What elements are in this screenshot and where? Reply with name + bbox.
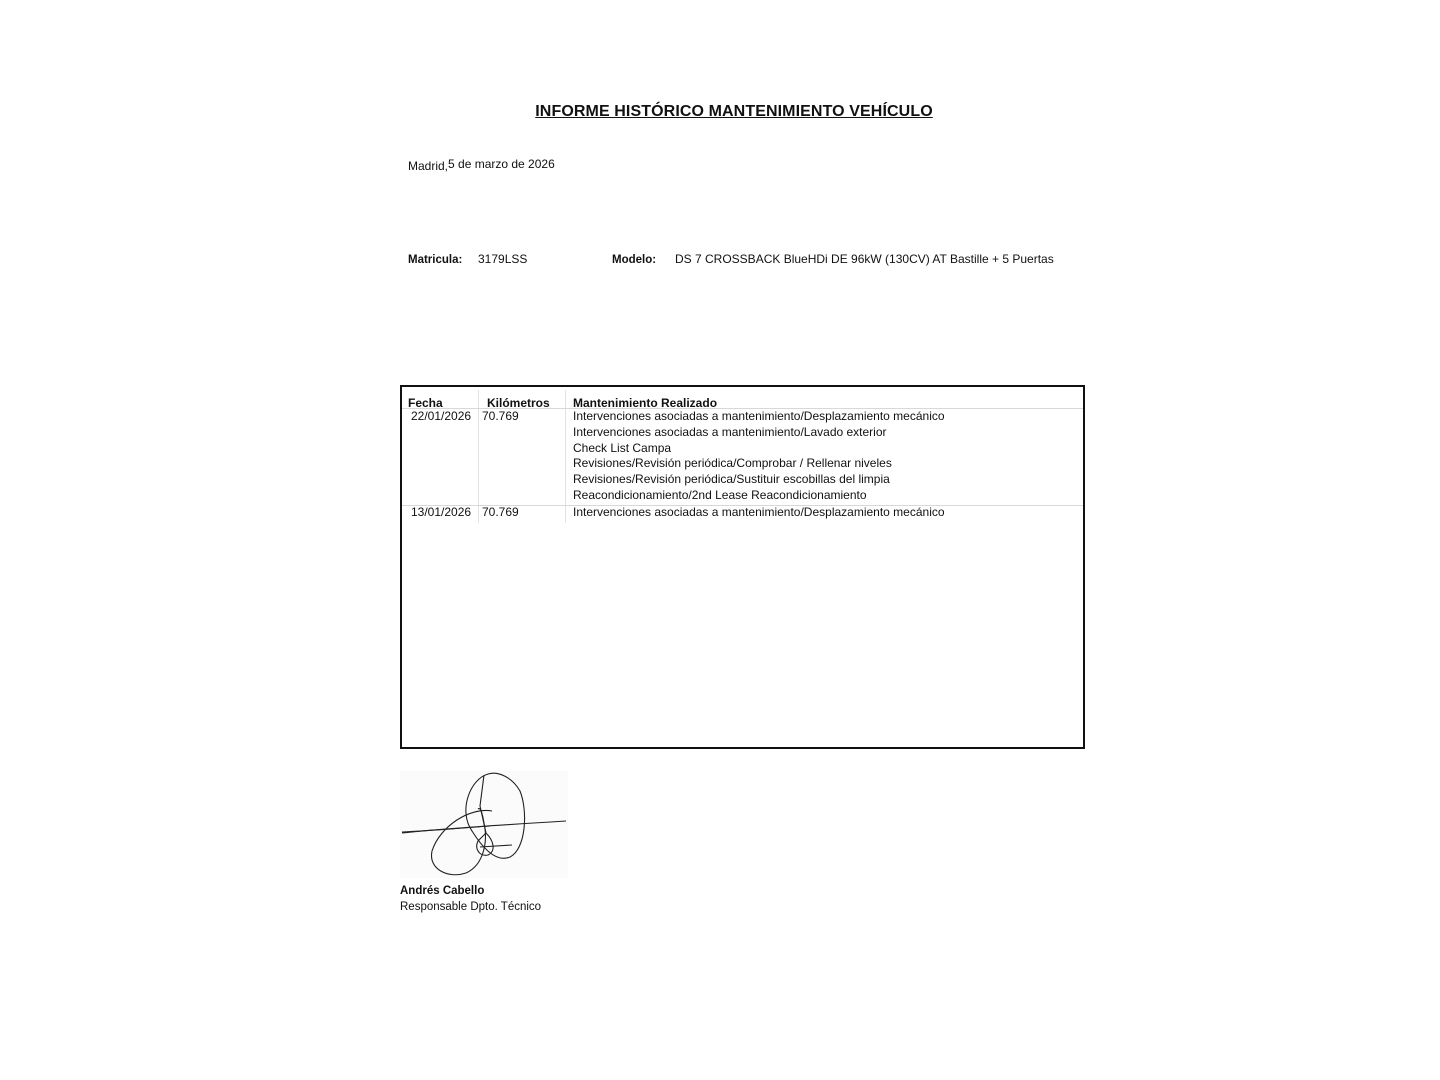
place: Madrid, <box>408 159 448 173</box>
report-date: 5 de marzo de 2026 <box>448 157 555 171</box>
maintenance-item: Intervenciones asociadas a mantenimiento… <box>573 409 945 425</box>
maintenance-item: Intervenciones asociadas a mantenimiento… <box>573 505 945 521</box>
document-title: INFORME HISTÓRICO MANTENIMIENTO VEHÍCULO <box>0 103 1440 121</box>
signer-role: Responsable Dpto. Técnico <box>400 901 541 913</box>
maintenance-item: Revisiones/Revisión periódica/Sustituir … <box>573 472 890 488</box>
maintenance-item: Revisiones/Revisión periódica/Comprobar … <box>573 456 892 472</box>
plate-label: Matricula: <box>408 254 462 266</box>
column-divider <box>565 390 566 523</box>
model-label: Modelo: <box>612 254 656 266</box>
signature-icon <box>400 771 568 878</box>
maintenance-item: Check List Campa <box>573 441 671 457</box>
maintenance-item: Reacondicionamiento/2nd Lease Reacondici… <box>573 488 867 504</box>
signer-name: Andrés Cabello <box>400 885 484 897</box>
column-divider <box>478 390 479 523</box>
maintenance-table: Fecha Kilómetros Mantenimiento Realizado… <box>400 385 1085 749</box>
row-date: 13/01/2026 <box>411 505 471 521</box>
row-date: 22/01/2026 <box>411 409 471 425</box>
place-date: Madrid,5 de marzo de 2026 <box>408 157 555 171</box>
row-km: 70.769 <box>482 409 519 425</box>
model-value: DS 7 CROSSBACK BlueHDi DE 96kW (130CV) A… <box>675 252 1054 266</box>
plate-value: 3179LSS <box>478 252 527 266</box>
signature-box <box>400 771 568 878</box>
maintenance-item: Intervenciones asociadas a mantenimiento… <box>573 425 887 441</box>
row-km: 70.769 <box>482 505 519 521</box>
